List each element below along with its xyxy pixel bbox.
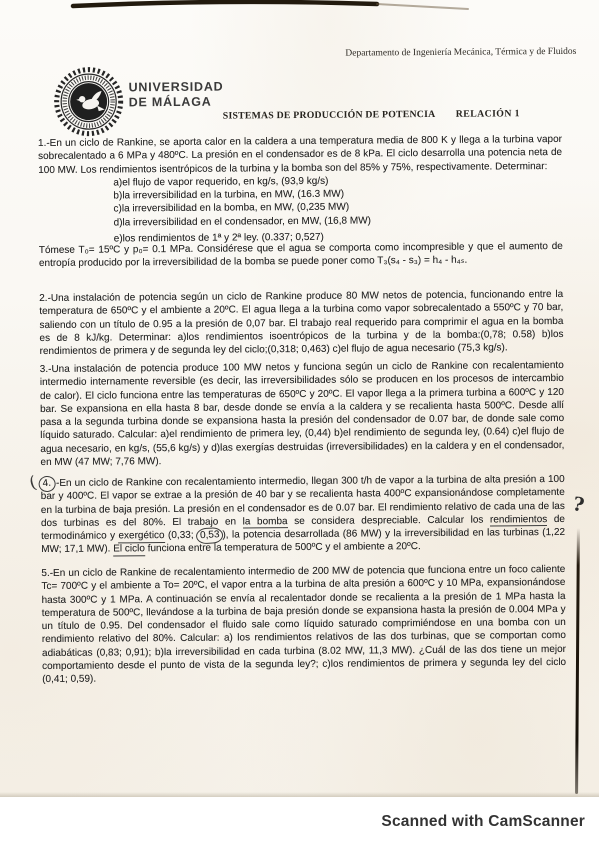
problem-1-note: Tómese T₀= 15ºC y p₀= 0.1 MPa. Considére… [39, 240, 563, 271]
problem-1-intro: 1.-En un ciclo de Rankine, se aporta cal… [38, 133, 562, 177]
hand-question-mark-annotation: ? [571, 493, 586, 517]
scanned-document-photo: Departamento de Ingeniería Mecánica, Tér… [0, 0, 599, 848]
hand-paren-annotation: ( [27, 473, 38, 494]
problem-4-text: (0,33; [165, 530, 197, 541]
hand-underlined-text: El ciclo [113, 544, 145, 557]
problem-4: 4.-En un ciclo de Rankine con recalentam… [41, 473, 566, 557]
hand-underlined-text: la bomba [243, 516, 288, 529]
camscanner-label: Scanned with CamScanner [381, 813, 585, 831]
department-header: Departamento de Ingeniería Mecánica, Tér… [0, 47, 576, 62]
sheet-number: RELACIÓN 1 [456, 108, 520, 120]
hand-underlined-text: exergético [118, 530, 164, 543]
problem-1-item-d: d)la irreversibilidad en el condensador,… [114, 213, 563, 230]
problem-4-text: se considera despreciable. Calcular los [288, 514, 490, 527]
page-content: Departamento de Ingeniería Mecánica, Tér… [0, 0, 599, 799]
problem-5: 5.-En un ciclo de Rankine de recalentami… [41, 563, 566, 687]
problem-3: 3.-Una instalación de potencia produce 1… [40, 359, 565, 469]
university-seal-logo [52, 65, 125, 138]
problem-1: 1.-En un ciclo de Rankine, se aporta cal… [38, 133, 563, 246]
problem-4-text: funciona entre la temperatura de 500ºC y… [145, 542, 421, 555]
course-title: SISTEMAS DE PRODUCCIÓN DE POTENCIA [223, 109, 436, 122]
university-name: UNIVERSIDAD DE MÁLAGA [128, 80, 223, 111]
camscanner-footer: Scanned with CamScanner [0, 797, 599, 848]
problem-1-items: a)el flujo de vapor requerido, en kg/s, … [38, 173, 563, 246]
problem-2: 2.-Una instalación de potencia según un … [39, 288, 564, 359]
document-page: Departamento de Ingeniería Mecánica, Tér… [0, 0, 599, 797]
hand-underlined-text: rendimientos [490, 514, 547, 527]
